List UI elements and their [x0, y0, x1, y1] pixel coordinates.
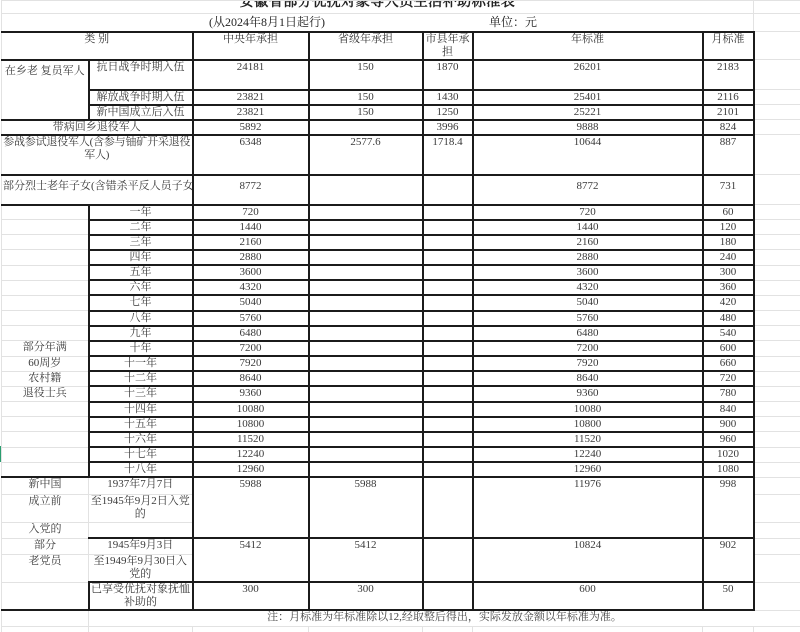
- table-row: 部分烈士老年子女(含错杀平反人员子女) 8772 8772 731: [2, 175, 800, 205]
- provincial-share-cell[interactable]: [309, 371, 423, 386]
- annual-standard-cell[interactable]: 10080: [473, 402, 703, 417]
- provincial-share-cell[interactable]: 150: [309, 60, 423, 90]
- service-years-cell[interactable]: 十五年: [89, 417, 193, 432]
- category-label-cell[interactable]: 带病回乡退役军人: [2, 120, 193, 135]
- central-share-cell[interactable]: 8772: [193, 175, 309, 205]
- monthly-standard-cell[interactable]: 480: [703, 311, 754, 326]
- service-years-cell[interactable]: 十四年: [89, 402, 193, 417]
- table-row: 一年72072060: [2, 205, 800, 220]
- page-title: 安徽省部分优抚对象等人员生活补助标准表: [2, 1, 753, 10]
- provincial-share-cell[interactable]: [309, 280, 423, 295]
- county-share-cell[interactable]: [423, 280, 473, 295]
- rural-group-label-line[interactable]: [2, 280, 89, 295]
- annual-standard-cell[interactable]: 2880: [473, 250, 703, 265]
- empty-cell[interactable]: [754, 295, 800, 310]
- empty-cell[interactable]: [754, 1, 800, 14]
- table-row: 部分年满十年72007200600: [2, 341, 800, 356]
- table-row: 八年57605760480: [2, 311, 800, 326]
- annual-standard-cell[interactable]: 7920: [473, 356, 703, 371]
- central-share-cell[interactable]: 6348: [193, 135, 309, 175]
- annual-standard-cell[interactable]: 11976: [473, 477, 703, 538]
- empty-cell[interactable]: [754, 311, 800, 326]
- provincial-share-cell[interactable]: [309, 220, 423, 235]
- central-share-cell[interactable]: 5760: [193, 311, 309, 326]
- central-share-cell[interactable]: 6480: [193, 326, 309, 341]
- provincial-share-cell[interactable]: [309, 295, 423, 310]
- empty-cell[interactable]: [754, 135, 800, 175]
- empty-cell[interactable]: [754, 432, 800, 447]
- empty-cell[interactable]: [754, 447, 800, 462]
- empty-cell[interactable]: [423, 626, 473, 632]
- monthly-standard-cell[interactable]: 1080: [703, 462, 754, 477]
- annual-standard-cell[interactable]: 12240: [473, 447, 703, 462]
- table-row: 新中国 1937年7月7日 5988 5988 11976 998: [2, 477, 800, 494]
- rural-group-label-line[interactable]: 部分年满: [2, 341, 89, 356]
- rural-group-label-line[interactable]: [2, 235, 89, 250]
- county-share-cell[interactable]: 1718.4: [423, 135, 473, 175]
- empty-cell[interactable]: [754, 386, 800, 401]
- central-share-cell[interactable]: 2160: [193, 235, 309, 250]
- provincial-share-cell[interactable]: 5412: [309, 538, 423, 582]
- annual-standard-cell[interactable]: 720: [473, 205, 703, 220]
- monthly-standard-cell[interactable]: 50: [703, 582, 754, 610]
- monthly-standard-cell[interactable]: 540: [703, 326, 754, 341]
- service-years-cell[interactable]: 八年: [89, 311, 193, 326]
- empty-cell[interactable]: [754, 60, 800, 90]
- central-share-cell[interactable]: 5892: [193, 120, 309, 135]
- rural-group-label-line[interactable]: [2, 447, 89, 462]
- county-share-cell[interactable]: [423, 326, 473, 341]
- monthly-standard-cell[interactable]: 960: [703, 432, 754, 447]
- party-group-label-line[interactable]: 成立前: [2, 494, 89, 522]
- service-years-cell[interactable]: 十三年: [89, 386, 193, 401]
- county-share-cell[interactable]: 3996: [423, 120, 473, 135]
- party-group-label-line[interactable]: 新中国: [2, 477, 89, 494]
- provincial-share-cell[interactable]: 5988: [309, 477, 423, 538]
- veteran-type-cell[interactable]: 解放战争时期入伍: [89, 90, 193, 105]
- rural-group-label-line[interactable]: [2, 432, 89, 447]
- party-period-cell[interactable]: 1937年7月7日: [89, 477, 193, 494]
- service-years-cell[interactable]: 三年: [89, 235, 193, 250]
- empty-cell[interactable]: [754, 120, 800, 135]
- empty-cell[interactable]: [2, 582, 89, 610]
- service-years-cell[interactable]: 四年: [89, 250, 193, 265]
- county-share-cell[interactable]: 1870: [423, 60, 473, 90]
- annual-standard-cell[interactable]: 10800: [473, 417, 703, 432]
- table-row: 六年43204320360: [2, 280, 800, 295]
- annual-standard-cell[interactable]: 26201: [473, 60, 703, 90]
- central-share-cell[interactable]: 720: [193, 205, 309, 220]
- rural-group-label-line[interactable]: [2, 220, 89, 235]
- provincial-share-cell[interactable]: [309, 311, 423, 326]
- central-share-cell[interactable]: 7920: [193, 356, 309, 371]
- annual-standard-cell[interactable]: 6480: [473, 326, 703, 341]
- monthly-standard-cell[interactable]: 2101: [703, 105, 754, 120]
- central-share-cell[interactable]: 3600: [193, 265, 309, 280]
- provincial-share-cell[interactable]: [309, 402, 423, 417]
- table-row: 在乡老 复员军人 抗日战争时期入伍 24181 150 1870 26201 2…: [2, 60, 800, 90]
- annual-standard-cell[interactable]: 3600: [473, 265, 703, 280]
- empty-cell[interactable]: [754, 175, 800, 205]
- party-period-cell[interactable]: 至1949年9月30日入党的: [89, 554, 193, 582]
- rural-group-label-line[interactable]: [2, 417, 89, 432]
- county-share-cell[interactable]: [423, 175, 473, 205]
- header-category[interactable]: 类 别: [2, 32, 193, 60]
- provincial-share-cell[interactable]: 2577.6: [309, 135, 423, 175]
- annual-standard-cell[interactable]: 8772: [473, 175, 703, 205]
- empty-cell[interactable]: [754, 417, 800, 432]
- title-cell[interactable]: 安徽省部分优抚对象等人员生活补助标准表: [2, 1, 754, 14]
- county-share-cell[interactable]: [423, 417, 473, 432]
- annual-standard-cell[interactable]: 7200: [473, 341, 703, 356]
- empty-cell[interactable]: [754, 235, 800, 250]
- table-row: 部分 1945年9月3日 5412 5412 10824 902: [2, 538, 800, 554]
- county-share-cell[interactable]: [423, 538, 473, 582]
- central-share-cell[interactable]: 9360: [193, 386, 309, 401]
- service-years-cell[interactable]: 九年: [89, 326, 193, 341]
- veteran-type-cell[interactable]: 新中国成立后入伍: [89, 105, 193, 120]
- central-share-cell[interactable]: 300: [193, 582, 309, 610]
- monthly-standard-cell[interactable]: 180: [703, 235, 754, 250]
- annual-standard-cell[interactable]: 5760: [473, 311, 703, 326]
- empty-cell[interactable]: [754, 280, 800, 295]
- service-years-cell[interactable]: 十八年: [89, 462, 193, 477]
- empty-cell[interactable]: [754, 265, 800, 280]
- empty-cell[interactable]: [754, 326, 800, 341]
- service-years-cell[interactable]: 五年: [89, 265, 193, 280]
- table-row: 参战参试退役军人(含参与铀矿开采退役军人) 6348 2577.6 1718.4…: [2, 135, 800, 175]
- provincial-share-cell[interactable]: [309, 462, 423, 477]
- county-share-cell[interactable]: [423, 447, 473, 462]
- unit-label: 单位：元: [489, 16, 537, 29]
- central-share-cell[interactable]: 2880: [193, 250, 309, 265]
- annual-standard-cell[interactable]: 11520: [473, 432, 703, 447]
- monthly-standard-cell[interactable]: 60: [703, 205, 754, 220]
- provincial-share-cell[interactable]: [309, 205, 423, 220]
- table-row: 五年36003600300: [2, 265, 800, 280]
- annual-standard-cell[interactable]: 12960: [473, 462, 703, 477]
- header-provincial[interactable]: 省级年承担: [309, 32, 423, 60]
- empty-cell[interactable]: [754, 402, 800, 417]
- empty-cell[interactable]: [754, 538, 800, 554]
- empty-cell[interactable]: [754, 220, 800, 235]
- party-period-cell[interactable]: 已享受优抚对象抚恤补助的: [89, 582, 193, 610]
- monthly-standard-cell[interactable]: 360: [703, 280, 754, 295]
- header-central[interactable]: 中央年承担: [193, 32, 309, 60]
- central-share-cell[interactable]: 7200: [193, 341, 309, 356]
- effective-date: (从2024年8月1日起行): [209, 16, 325, 29]
- table-row: 退役士兵十三年93609360780: [2, 386, 800, 401]
- empty-row: [2, 626, 800, 632]
- central-share-cell[interactable]: 12240: [193, 447, 309, 462]
- provincial-share-cell[interactable]: [309, 120, 423, 135]
- subtitle-cell[interactable]: (从2024年8月1日起行) 单位：元: [2, 14, 754, 32]
- table-row: 十五年1080010800900: [2, 417, 800, 432]
- monthly-standard-cell[interactable]: 420: [703, 295, 754, 310]
- table-row: 十八年12960129601080: [2, 462, 800, 477]
- rural-group-label-line[interactable]: [2, 311, 89, 326]
- party-group-label-line[interactable]: 老党员: [2, 554, 89, 582]
- table-row: 九年64806480540: [2, 326, 800, 341]
- county-share-cell[interactable]: [423, 220, 473, 235]
- empty-cell[interactable]: [754, 371, 800, 386]
- empty-cell[interactable]: [89, 626, 193, 632]
- rural-soldiers-section: 一年72072060二年14401440120三年21602160180四年28…: [2, 205, 800, 478]
- county-share-cell[interactable]: [423, 356, 473, 371]
- provincial-share-cell[interactable]: [309, 265, 423, 280]
- central-share-cell[interactable]: 8640: [193, 371, 309, 386]
- empty-cell[interactable]: [754, 554, 800, 582]
- provincial-share-cell[interactable]: 150: [309, 105, 423, 120]
- monthly-standard-cell[interactable]: 300: [703, 265, 754, 280]
- service-years-cell[interactable]: 十年: [89, 341, 193, 356]
- annual-standard-cell[interactable]: 5040: [473, 295, 703, 310]
- provincial-share-cell[interactable]: [309, 250, 423, 265]
- empty-cell[interactable]: [754, 477, 800, 494]
- veterans-group-label[interactable]: 在乡老 复员军人: [2, 60, 89, 120]
- county-share-cell[interactable]: [423, 402, 473, 417]
- subsidy-standards-table: 安徽省部分优抚对象等人员生活补助标准表 (从2024年8月1日起行) 单位：元 …: [1, 0, 800, 632]
- note-row: 注：月标准为年标准除以12,经取整后得出，实际发放金额以年标准为准。: [2, 610, 800, 626]
- empty-cell[interactable]: [754, 90, 800, 105]
- provincial-share-cell[interactable]: [309, 417, 423, 432]
- provincial-share-cell[interactable]: [309, 432, 423, 447]
- central-share-cell[interactable]: 5988: [193, 477, 309, 538]
- party-period-cell[interactable]: 1945年9月3日: [89, 538, 193, 554]
- rural-group-label-line[interactable]: [2, 326, 89, 341]
- party-group-label-line[interactable]: 部分: [2, 538, 89, 554]
- provincial-share-cell[interactable]: [309, 175, 423, 205]
- annual-standard-cell[interactable]: 25401: [473, 90, 703, 105]
- empty-cell[interactable]: [193, 626, 309, 632]
- provincial-share-cell[interactable]: [309, 235, 423, 250]
- provincial-share-cell[interactable]: 150: [309, 90, 423, 105]
- county-share-cell[interactable]: [423, 582, 473, 610]
- empty-cell[interactable]: [473, 626, 703, 632]
- table-row: 解放战争时期入伍 23821 150 1430 25401 2116: [2, 90, 800, 105]
- rural-group-label-line[interactable]: 退役士兵: [2, 386, 89, 401]
- annual-standard-cell[interactable]: 9888: [473, 120, 703, 135]
- empty-cell[interactable]: [754, 494, 800, 522]
- rural-group-label-line[interactable]: [2, 402, 89, 417]
- county-share-cell[interactable]: [423, 477, 473, 538]
- provincial-share-cell[interactable]: [309, 356, 423, 371]
- table-row: 已享受优抚对象抚恤补助的 300 300 600 50: [2, 582, 800, 610]
- central-share-cell[interactable]: 1440: [193, 220, 309, 235]
- rural-group-label-line[interactable]: [2, 462, 89, 477]
- central-share-cell[interactable]: 10800: [193, 417, 309, 432]
- table-row: 七年50405040420: [2, 295, 800, 310]
- empty-cell[interactable]: [754, 14, 800, 32]
- service-years-cell[interactable]: 七年: [89, 295, 193, 310]
- county-share-cell[interactable]: [423, 341, 473, 356]
- central-share-cell[interactable]: 24181: [193, 60, 309, 90]
- empty-cell[interactable]: [2, 610, 89, 626]
- county-share-cell[interactable]: [423, 265, 473, 280]
- annual-standard-cell[interactable]: 8640: [473, 371, 703, 386]
- header-county[interactable]: 市县年承担: [423, 32, 473, 60]
- service-years-cell[interactable]: 十六年: [89, 432, 193, 447]
- party-period-cell[interactable]: 至1945年9月2日入党的: [89, 494, 193, 522]
- monthly-standard-cell[interactable]: 2116: [703, 90, 754, 105]
- provincial-share-cell[interactable]: [309, 326, 423, 341]
- monthly-standard-cell[interactable]: 780: [703, 386, 754, 401]
- footnote[interactable]: 注：月标准为年标准除以12,经取整后得出，实际发放金额以年标准为准。: [89, 610, 800, 626]
- annual-standard-cell[interactable]: 10644: [473, 135, 703, 175]
- monthly-standard-cell[interactable]: 731: [703, 175, 754, 205]
- category-label-cell[interactable]: 部分烈士老年子女(含错杀平反人员子女): [2, 175, 193, 205]
- provincial-share-cell[interactable]: [309, 341, 423, 356]
- party-group-label-line[interactable]: 入党的: [2, 522, 89, 538]
- annual-standard-cell[interactable]: 10824: [473, 538, 703, 582]
- central-share-cell[interactable]: 5412: [193, 538, 309, 582]
- central-share-cell[interactable]: 23821: [193, 90, 309, 105]
- annual-standard-cell[interactable]: 2160: [473, 235, 703, 250]
- empty-cell[interactable]: [754, 105, 800, 120]
- annual-standard-cell[interactable]: 4320: [473, 280, 703, 295]
- veteran-type-cell[interactable]: 抗日战争时期入伍: [89, 60, 193, 90]
- table-row: 十七年12240122401020: [2, 447, 800, 462]
- central-share-cell[interactable]: 12960: [193, 462, 309, 477]
- empty-cell[interactable]: [703, 626, 754, 632]
- county-share-cell[interactable]: [423, 386, 473, 401]
- central-share-cell[interactable]: 10080: [193, 402, 309, 417]
- empty-cell[interactable]: [754, 626, 800, 632]
- central-share-cell[interactable]: 4320: [193, 280, 309, 295]
- county-share-cell[interactable]: [423, 462, 473, 477]
- empty-cell[interactable]: [754, 582, 800, 610]
- provincial-share-cell[interactable]: 300: [309, 582, 423, 610]
- table-row: 带病回乡退役军人 5892 3996 9888 824: [2, 120, 800, 135]
- empty-cell[interactable]: [754, 522, 800, 538]
- monthly-standard-cell[interactable]: 600: [703, 341, 754, 356]
- monthly-standard-cell[interactable]: 824: [703, 120, 754, 135]
- county-share-cell[interactable]: 1250: [423, 105, 473, 120]
- rural-group-label-line[interactable]: [2, 250, 89, 265]
- service-years-cell[interactable]: 六年: [89, 280, 193, 295]
- table-row: 60周岁十一年79207920660: [2, 356, 800, 371]
- county-share-cell[interactable]: [423, 235, 473, 250]
- rural-group-label-line[interactable]: 农村籍: [2, 371, 89, 386]
- empty-cell[interactable]: [754, 462, 800, 477]
- empty-cell[interactable]: [754, 250, 800, 265]
- empty-cell[interactable]: [754, 205, 800, 220]
- monthly-standard-cell[interactable]: 900: [703, 417, 754, 432]
- county-share-cell[interactable]: [423, 371, 473, 386]
- monthly-standard-cell[interactable]: 998: [703, 477, 754, 538]
- service-years-cell[interactable]: 一年: [89, 205, 193, 220]
- title-row: 安徽省部分优抚对象等人员生活补助标准表: [2, 1, 800, 14]
- county-share-cell[interactable]: [423, 311, 473, 326]
- empty-cell[interactable]: [754, 341, 800, 356]
- service-years-cell[interactable]: 二年: [89, 220, 193, 235]
- monthly-standard-cell[interactable]: 240: [703, 250, 754, 265]
- county-share-cell[interactable]: [423, 295, 473, 310]
- monthly-standard-cell[interactable]: 120: [703, 220, 754, 235]
- empty-cell[interactable]: [89, 522, 193, 538]
- county-share-cell[interactable]: [423, 250, 473, 265]
- empty-cell[interactable]: [754, 356, 800, 371]
- table-row: 二年14401440120: [2, 220, 800, 235]
- monthly-standard-cell[interactable]: 902: [703, 538, 754, 582]
- monthly-standard-cell[interactable]: 660: [703, 356, 754, 371]
- county-share-cell[interactable]: [423, 205, 473, 220]
- service-years-cell[interactable]: 十二年: [89, 371, 193, 386]
- empty-cell[interactable]: [309, 626, 423, 632]
- monthly-standard-cell[interactable]: 1020: [703, 447, 754, 462]
- service-years-cell[interactable]: 十一年: [89, 356, 193, 371]
- subtitle-row: (从2024年8月1日起行) 单位：元: [2, 14, 800, 32]
- monthly-standard-cell[interactable]: 2183: [703, 60, 754, 90]
- table-row: 四年28802880240: [2, 250, 800, 265]
- header-annual[interactable]: 年标准: [473, 32, 703, 60]
- table-row: 三年21602160180: [2, 235, 800, 250]
- rural-group-label-line[interactable]: [2, 205, 89, 220]
- rural-group-label-line[interactable]: [2, 295, 89, 310]
- provincial-share-cell[interactable]: [309, 386, 423, 401]
- county-share-cell[interactable]: [423, 432, 473, 447]
- monthly-standard-cell[interactable]: 840: [703, 402, 754, 417]
- annual-standard-cell[interactable]: 600: [473, 582, 703, 610]
- provincial-share-cell[interactable]: [309, 447, 423, 462]
- annual-standard-cell[interactable]: 1440: [473, 220, 703, 235]
- central-share-cell[interactable]: 11520: [193, 432, 309, 447]
- header-monthly[interactable]: 月标准: [703, 32, 754, 60]
- table-row: 新中国成立后入伍 23821 150 1250 25221 2101: [2, 105, 800, 120]
- annual-standard-cell[interactable]: 25221: [473, 105, 703, 120]
- table-row: 农村籍十二年86408640720: [2, 371, 800, 386]
- service-years-cell[interactable]: 十七年: [89, 447, 193, 462]
- annual-standard-cell[interactable]: 9360: [473, 386, 703, 401]
- rural-group-label-line[interactable]: [2, 265, 89, 280]
- central-share-cell[interactable]: 23821: [193, 105, 309, 120]
- rural-group-label-line[interactable]: 60周岁: [2, 356, 89, 371]
- category-label-cell[interactable]: 参战参试退役军人(含参与铀矿开采退役军人): [2, 135, 193, 175]
- central-share-cell[interactable]: 5040: [193, 295, 309, 310]
- table-row: 十六年1152011520960: [2, 432, 800, 447]
- monthly-standard-cell[interactable]: 887: [703, 135, 754, 175]
- county-share-cell[interactable]: 1430: [423, 90, 473, 105]
- monthly-standard-cell[interactable]: 720: [703, 371, 754, 386]
- header-row: 类 别 中央年承担 省级年承担 市县年承担 年标准 月标准: [2, 32, 800, 60]
- empty-cell[interactable]: [754, 32, 800, 60]
- table-row: 十四年1008010080840: [2, 402, 800, 417]
- empty-cell[interactable]: [2, 626, 89, 632]
